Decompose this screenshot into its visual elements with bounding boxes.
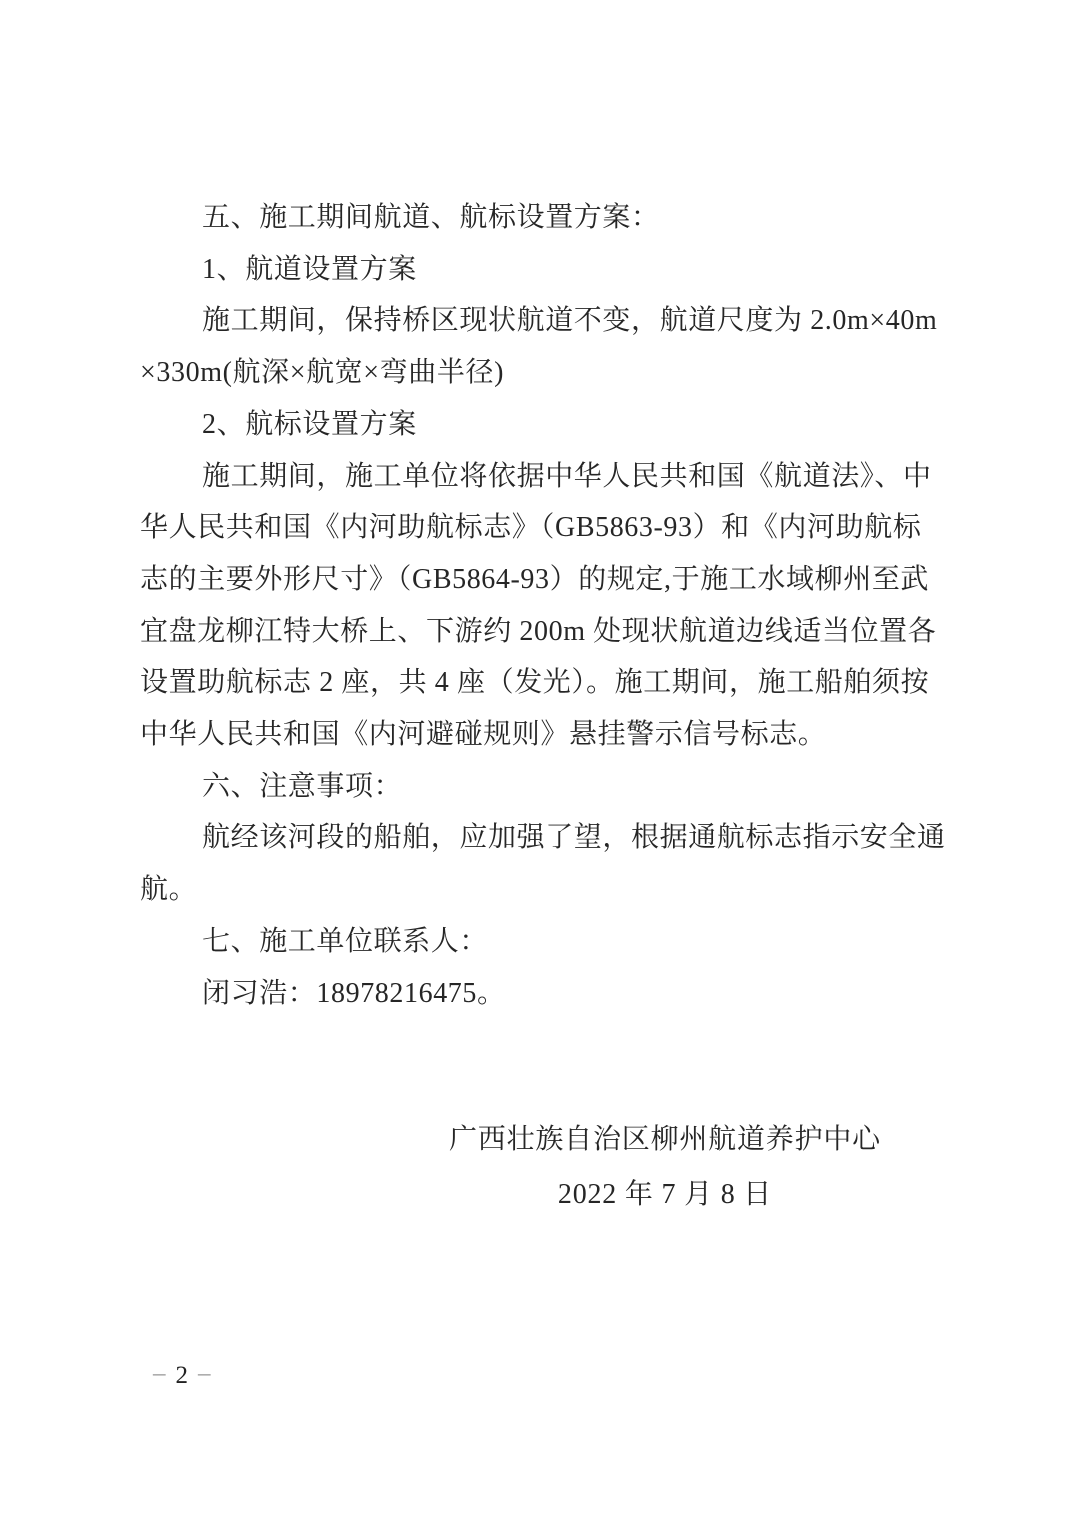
document-line: 航经该河段的船舶，应加强了望，根据通航标志指示安全通 (140, 812, 948, 864)
document-line: 中华人民共和国《内河避碰规则》悬挂警示信号标志。 (140, 709, 948, 761)
signature-organization: 广西壮族自治区柳州航道养护中心 (430, 1112, 900, 1167)
document-body: 五、施工期间航道、航标设置方案： 1、航道设置方案 施工期间，保持桥区现状航道不… (140, 192, 948, 1019)
document-line: 华人民共和国《内河助航标志》（GB5863-93）和《内河助航标 (140, 502, 948, 554)
document-line: 五、施工期间航道、航标设置方案： (140, 192, 948, 244)
document-line: 闭习浩：18978216475。 (140, 968, 948, 1020)
signature-block: 广西壮族自治区柳州航道养护中心 2022 年 7 月 8 日 (430, 1112, 900, 1222)
document-line: ×330m(航深×航宽×弯曲半径) (140, 347, 948, 399)
document-line: 六、注意事项： (140, 761, 948, 813)
document-line: 七、施工单位联系人： (140, 916, 948, 968)
document-line: 航。 (140, 864, 948, 916)
document-line: 宜盘龙柳江特大桥上、下游约 200m 处现状航道边线适当位置各 (140, 606, 948, 658)
document-page: 五、施工期间航道、航标设置方案： 1、航道设置方案 施工期间，保持桥区现状航道不… (0, 0, 1080, 1527)
document-line: 施工期间，保持桥区现状航道不变，航道尺度为 2.0m×40m (140, 295, 948, 347)
document-line: 2、航标设置方案 (140, 399, 948, 451)
document-line: 志的主要外形尺寸》（GB5864-93）的规定,于施工水域柳州至武 (140, 554, 948, 606)
footer-right-dash: – (198, 1360, 211, 1388)
document-line: 1、航道设置方案 (140, 244, 948, 296)
document-line: 设置助航标志 2 座，共 4 座（发光）。施工期间，施工船舶须按 (140, 657, 948, 709)
page-footer: –2– (143, 1362, 221, 1390)
footer-left-dash: – (153, 1360, 166, 1388)
page-number: 2 (176, 1362, 189, 1389)
document-line: 施工期间，施工单位将依据中华人民共和国《航道法》、中 (140, 451, 948, 503)
signature-date: 2022 年 7 月 8 日 (430, 1167, 900, 1222)
